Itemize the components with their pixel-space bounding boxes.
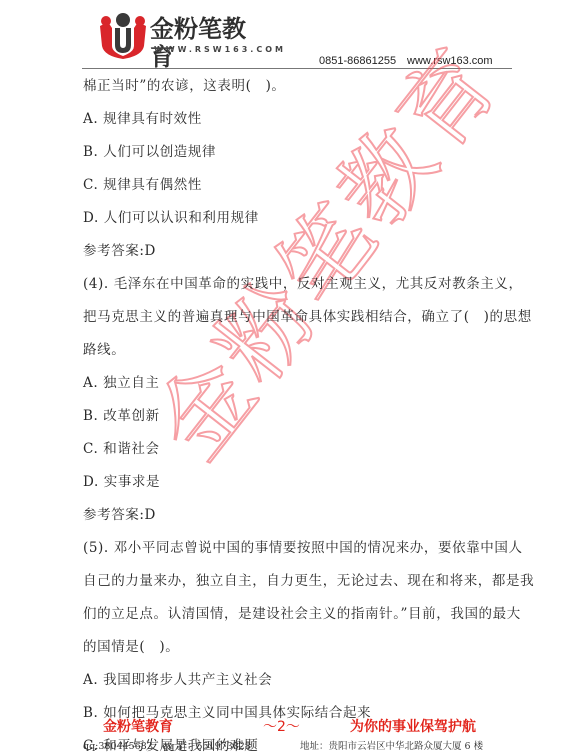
option-a: A. 我国即将步人共产主义社会	[83, 670, 272, 690]
header-website-link[interactable]: www.rsw163.com	[407, 55, 493, 67]
brand-logo: 金粉笔教育 WWW.RSW163.COM	[98, 12, 258, 60]
option-c: C. 和谐社会	[83, 439, 160, 459]
page-header: 金粉笔教育 WWW.RSW163.COM 0851-86861255 www.r…	[0, 0, 573, 70]
option-b: B. 人们可以创造规律	[83, 142, 216, 162]
footer-brand: 金粉笔教育	[103, 716, 173, 736]
reference-answer: 参考答案:D	[83, 505, 156, 525]
page-number: ～2～	[263, 716, 300, 736]
option-d: D. 实事求是	[83, 472, 160, 492]
question-text-line: 棉正当时”的农谚，这表明( )。	[83, 76, 286, 96]
option-b: B. 改革创新	[83, 406, 160, 426]
footer-address: 地址：贵阳市云岩区中华北路众厦大厦 6 楼	[300, 738, 483, 752]
option-a: A. 规律具有时效性	[83, 109, 202, 129]
reference-answer: 参考答案:D	[83, 241, 156, 261]
question-5-line-4: 的国情是( )。	[83, 637, 179, 657]
question-4-line-2: 把马克思主义的普遍真理与中国革命具体实践相结合，确立了( )的思想	[83, 307, 532, 327]
option-a: A. 独立自主	[83, 373, 160, 393]
option-c: C. 规律具有偶然性	[83, 175, 202, 195]
question-4-line-3: 路线。	[83, 340, 125, 360]
question-5-line-3: 们的立足点。认清国情，是建设社会主义的指南针。”目前，我国的最大	[83, 604, 521, 624]
question-5-line-2: 自己的力量来办，独立自主，自力更生，无论过去、现在和将来，都是我	[83, 571, 534, 591]
footer-qq: qq:380445682 qq 群：551973828	[83, 738, 251, 752]
question-4-line-1: (4). 毛泽东在中国革命的实践中，反对主观主义，尤其反对教条主义，	[83, 274, 523, 294]
header-divider	[82, 68, 512, 69]
footer-motto: 为你的事业保驾护航	[350, 716, 476, 736]
logo-emblem-icon	[98, 12, 148, 60]
header-phone: 0851-86861255	[319, 55, 396, 67]
logo-url: WWW.RSW163.COM	[154, 45, 286, 54]
logo-name: 金粉笔教育	[150, 15, 258, 71]
question-5-line-1: (5). 邓小平同志曾说中国的事情要按照中国的情况来办，要依靠中国人	[83, 538, 523, 558]
option-d: D. 人们可以认识和利用规律	[83, 208, 259, 228]
